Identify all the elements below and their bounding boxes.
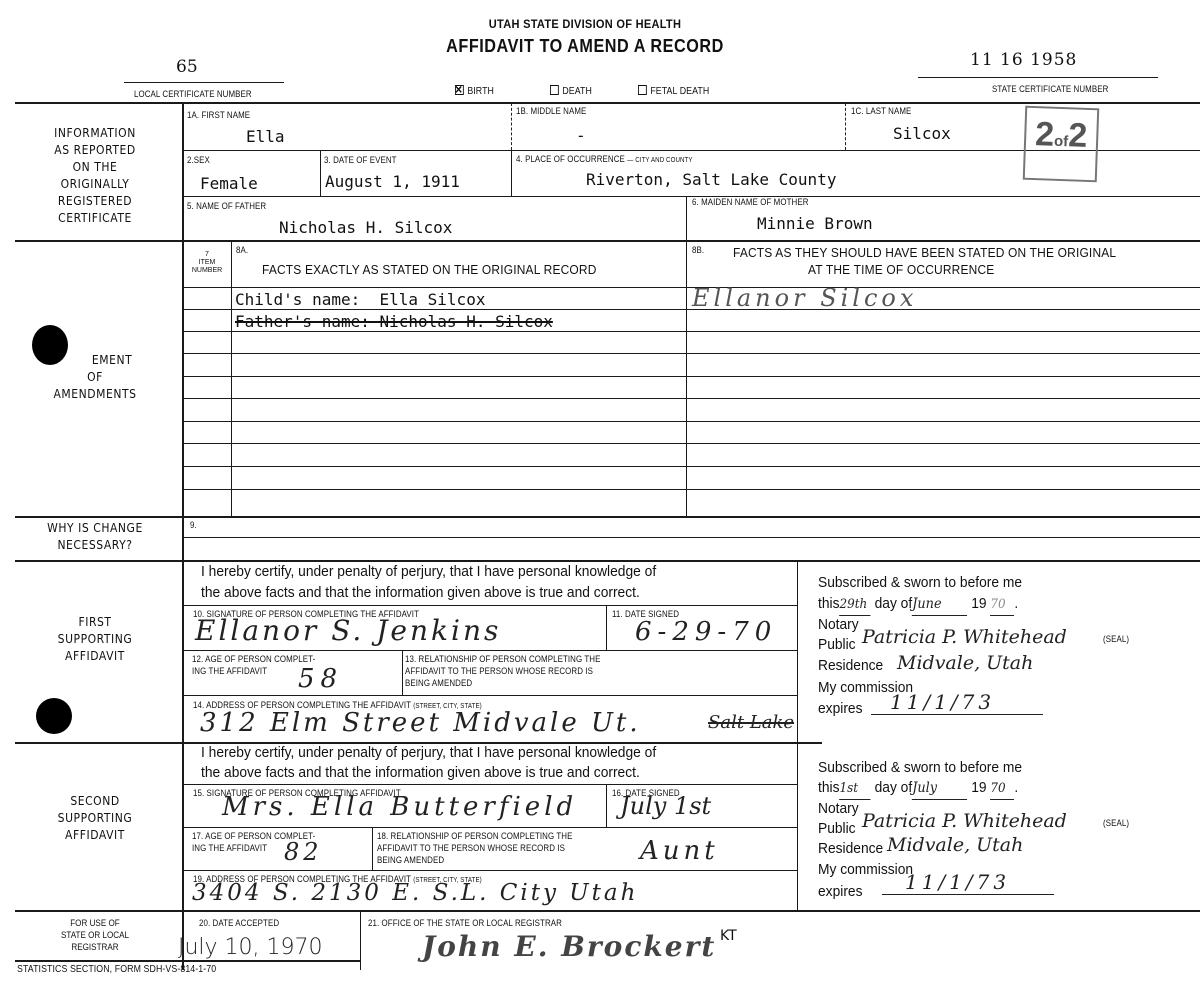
- amendment-row-1-corrected: Ellanor Silcox: [692, 284, 917, 312]
- record-type-birth[interactable]: BIRTH: [455, 85, 494, 97]
- form-title: AFFIDAVIT TO AMEND A RECORD: [59, 36, 1112, 57]
- second-notary-signature: Patricia P. Whitehead: [862, 810, 1067, 832]
- first-notary-signature: Patricia P. Whitehead: [862, 626, 1067, 648]
- second-commission-label: My commission: [818, 859, 913, 880]
- col-line: [320, 150, 321, 196]
- mother-name-label: 6. MAIDEN NAME OF MOTHER: [692, 197, 809, 207]
- section-label-second-affidavit: SECOND SUPPORTING AFFIDAVIT: [23, 793, 167, 844]
- first-certify-line1: I hereby certify, under penalty of perju…: [201, 561, 656, 583]
- state-cert-underline: [918, 77, 1158, 78]
- row-line: [182, 489, 1200, 490]
- state-certificate-number: 11 16 1958: [970, 50, 1077, 70]
- second-certify-line1: I hereby certify, under penalty of perju…: [201, 742, 656, 764]
- mother-name-value: Minnie Brown: [757, 214, 873, 233]
- section-label-first-affidavit: FIRST SUPPORTING AFFIDAVIT: [23, 614, 167, 665]
- col-8b-title-line2: AT THE TIME OF OCCURRENCE: [808, 262, 994, 277]
- record-type-fetal-death[interactable]: FETAL DEATH: [638, 85, 709, 97]
- last-name-value: Silcox: [893, 124, 951, 143]
- row-line: [182, 421, 1200, 422]
- middle-name-label: 1B. MIDDLE NAME: [516, 106, 586, 116]
- father-name-label: 5. NAME OF FATHER: [187, 201, 266, 211]
- row-line: [182, 870, 797, 871]
- father-name-value: Nicholas H. Silcox: [279, 218, 452, 237]
- row-line: [182, 287, 1200, 288]
- footer-line: [15, 960, 360, 962]
- row-line: [182, 376, 1200, 377]
- row-line: [182, 196, 1200, 197]
- col-line: [402, 650, 403, 695]
- date-of-event-label: 3. DATE OF EVENT: [324, 155, 397, 165]
- amendment-row-1-original: Child's name: Ella Silcox: [235, 290, 485, 309]
- registrar-signature: John E. Brockert: [422, 930, 716, 963]
- second-date-signed[interactable]: July 1st: [620, 792, 711, 820]
- expires-underline: [871, 714, 1043, 715]
- record-type-death[interactable]: DEATH: [550, 85, 592, 97]
- second-rel-label-3: BEING AMENDED: [377, 855, 444, 865]
- col-line: [372, 827, 373, 870]
- expires-underline: [882, 894, 1054, 895]
- row-line: [182, 466, 1200, 467]
- last-name-label: 1C. LAST NAME: [851, 106, 911, 116]
- first-name-value: Ella: [246, 127, 285, 146]
- death-checkbox[interactable]: [550, 85, 559, 95]
- row-line: [182, 605, 797, 606]
- registrar-office-label: 21. OFFICE OF THE STATE OR LOCAL REGISTR…: [368, 918, 562, 928]
- first-signature[interactable]: Ellanor S. Jenkins: [195, 614, 501, 647]
- registrar-initials: KT: [720, 928, 737, 944]
- local-cert-underline: [124, 82, 284, 83]
- second-notary-label: Notary: [818, 798, 859, 819]
- first-address[interactable]: 312 Elm Street Midvale Ut.: [200, 708, 641, 738]
- birth-checkbox[interactable]: [455, 85, 464, 95]
- col-line: [360, 910, 361, 970]
- col-line: [797, 742, 798, 910]
- first-notary-date-line: this29th day ofJune 19 70.: [818, 593, 1018, 616]
- second-expires-label: expires: [818, 881, 862, 902]
- row-line: [182, 309, 1200, 310]
- second-notary-date-line: this1st day ofJuly 19 70.: [818, 777, 1018, 800]
- col-line: [686, 240, 687, 516]
- col-line: [686, 196, 687, 240]
- second-age[interactable]: 82: [284, 838, 323, 866]
- section-label-registrar: FOR USE OF STATE OR LOCAL REGISTRAR: [23, 917, 167, 953]
- second-expires: 11/1/73: [905, 870, 1010, 894]
- first-age[interactable]: 58: [298, 664, 343, 694]
- section-label-amendments: EMENT OF AMENDMENTS: [23, 352, 167, 403]
- state-certificate-label: STATE CERTIFICATE NUMBER: [992, 84, 1108, 94]
- second-certify-line2: the above facts and that the information…: [201, 762, 640, 784]
- section-divider: [15, 742, 185, 744]
- col-line: [606, 605, 607, 650]
- first-rel-label-1: 13. RELATIONSHIP OF PERSON COMPLETING TH…: [405, 654, 600, 664]
- row-line: [182, 650, 797, 651]
- second-address[interactable]: 3404 S. 2130 E. S.L. City Utah: [192, 880, 638, 906]
- section-label-why-change: WHY IS CHANGE NECESSARY?: [23, 520, 167, 554]
- second-age-label-2: ING THE AFFIDAVIT: [192, 843, 267, 853]
- first-expires-label: expires: [818, 698, 862, 719]
- row-line: [182, 827, 797, 828]
- first-seal: (SEAL): [1103, 634, 1129, 644]
- second-rel-label-2: AFFIDAVIT TO THE PERSON WHOSE RECORD IS: [377, 843, 565, 853]
- fetal-death-checkbox[interactable]: [638, 85, 647, 95]
- first-residence: Midvale, Utah: [897, 652, 1033, 674]
- section-divider: [15, 910, 1200, 912]
- amendment-row-2-original: Father's name: Nicholas H. Silcox: [235, 312, 553, 331]
- section-label-original-info: INFORMATION AS REPORTED ON THE ORIGINALL…: [23, 125, 167, 227]
- sex-label: 2.SEX: [187, 155, 210, 165]
- col-line: [797, 560, 798, 744]
- first-expires: 11/1/73: [890, 690, 995, 714]
- local-certificate-label: LOCAL CERTIFICATE NUMBER: [134, 89, 252, 99]
- first-name-label: 1A. FIRST NAME: [187, 110, 250, 120]
- row-line: [182, 537, 1200, 538]
- section-divider: [15, 240, 1200, 242]
- row-line: [182, 695, 797, 696]
- first-certify-line2: the above facts and that the information…: [201, 582, 640, 604]
- col-8a-number: 8A.: [236, 245, 248, 255]
- left-column-divider: [182, 102, 184, 970]
- dashed-divider: [845, 103, 846, 150]
- agency-name: UTAH STATE DIVISION OF HEALTH: [47, 17, 1123, 31]
- date-accepted: July 10, 1970: [178, 935, 323, 960]
- first-address-struck: Salt Lake: [708, 712, 794, 733]
- second-notary-line1: Subscribed & sworn to before me: [818, 757, 1022, 778]
- second-rel-label-1: 18. RELATIONSHIP OF PERSON COMPLETING TH…: [377, 831, 572, 841]
- sex-value: Female: [200, 174, 258, 193]
- place-label: 4. PLACE OF OCCURRENCE — CITY AND COUNTY: [516, 154, 693, 164]
- first-residence-label: Residence: [818, 655, 883, 676]
- second-residence: Midvale, Utah: [887, 834, 1023, 856]
- first-rel-label-2: AFFIDAVIT TO THE PERSON WHOSE RECORD IS: [405, 666, 593, 676]
- why-change-number: 9.: [190, 520, 197, 530]
- col-8b-title-line1: FACTS AS THEY SHOULD HAVE BEEN STATED ON…: [733, 245, 1116, 260]
- col-8b-number: 8B.: [692, 245, 704, 255]
- punch-hole-bottom: [36, 698, 72, 734]
- first-age-label-2: ING THE AFFIDAVIT: [192, 666, 267, 676]
- first-age-label-1: 12. AGE OF PERSON COMPLET-: [192, 654, 315, 664]
- second-seal: (SEAL): [1103, 818, 1129, 828]
- date-of-event-value: August 1, 1911: [325, 172, 460, 191]
- place-value: Riverton, Salt Lake County: [586, 170, 836, 189]
- why-change-input[interactable]: [205, 517, 1195, 537]
- col-line: [231, 240, 232, 516]
- row-line: [182, 331, 1200, 332]
- middle-name-value: -: [576, 126, 586, 145]
- second-residence-label: Residence: [818, 838, 883, 859]
- col-8a-title: FACTS EXACTLY AS STATED ON THE ORIGINAL …: [262, 262, 597, 277]
- first-public-label: Public: [818, 634, 856, 655]
- row-line: [182, 353, 1200, 354]
- item-number-header: 7 ITEM NUMBER: [185, 251, 229, 275]
- first-date-signed[interactable]: 6-29-70: [635, 617, 777, 647]
- col-line: [511, 150, 512, 196]
- second-signature[interactable]: Mrs. Ella Butterfield: [222, 792, 577, 822]
- second-relationship[interactable]: Aunt: [640, 836, 719, 866]
- dashed-divider: [511, 103, 512, 150]
- col-line: [606, 784, 607, 827]
- first-notary-label: Notary: [818, 614, 859, 635]
- local-certificate-number: 65: [176, 57, 198, 77]
- table-top-border: [15, 102, 1200, 104]
- form-identifier: STATISTICS SECTION, FORM SDH-VS-814-1-70: [17, 964, 216, 975]
- row-line: [182, 398, 1200, 399]
- date-accepted-label: 20. DATE ACCEPTED: [199, 918, 279, 928]
- first-rel-label-3: BEING AMENDED: [405, 678, 472, 688]
- first-notary-line1: Subscribed & sworn to before me: [818, 572, 1022, 593]
- row-line: [182, 784, 797, 785]
- second-public-label: Public: [818, 818, 856, 839]
- row-line: [182, 443, 1200, 444]
- page-stamp: 2of2: [1023, 106, 1100, 183]
